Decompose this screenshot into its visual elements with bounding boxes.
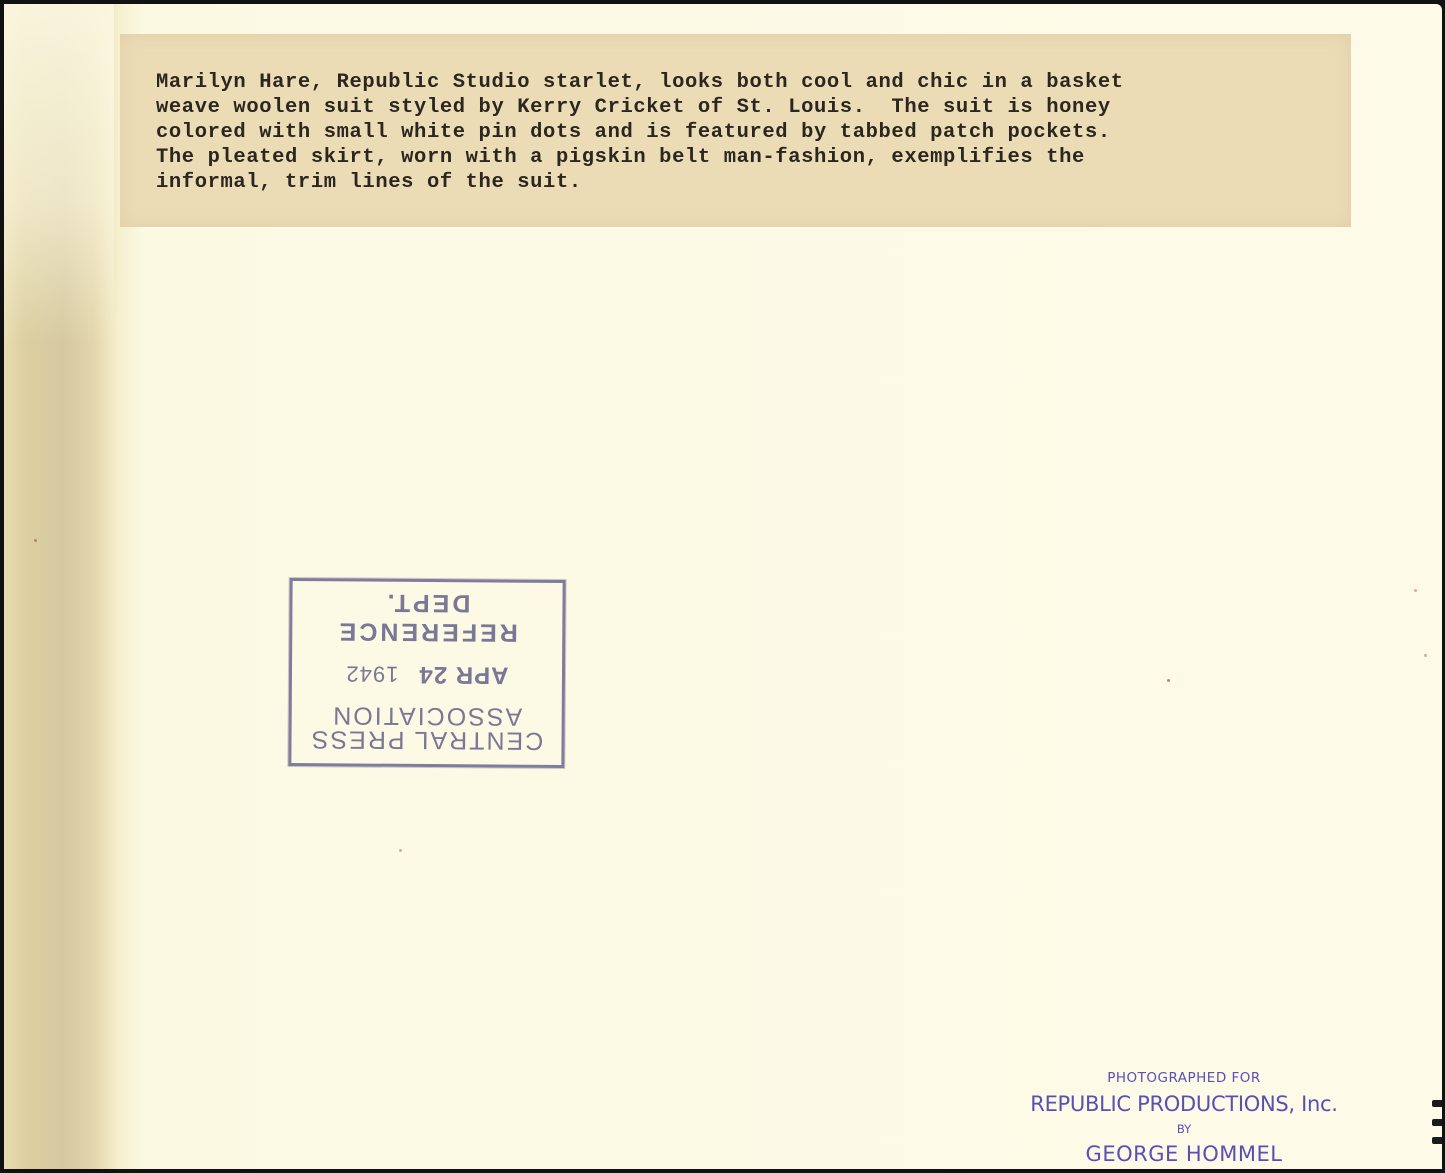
stamp-date-year: 1942 bbox=[345, 661, 398, 686]
ink-speck bbox=[399, 849, 402, 852]
stamp-dept: REFERENCE DEPT. bbox=[292, 587, 562, 647]
edge-mark bbox=[1432, 1137, 1442, 1144]
stamp-org: CENTRAL PRESS ASSOCIATION bbox=[291, 703, 561, 753]
ink-speck bbox=[1414, 589, 1417, 592]
stamp-line1: CENTRAL PRESS bbox=[291, 727, 561, 753]
caption-line: weave woolen suit styled by Kerry Cricke… bbox=[156, 95, 1336, 120]
caption-line: Marilyn Hare, Republic Studio starlet, l… bbox=[156, 70, 1336, 95]
caption-line: informal, trim lines of the suit. bbox=[156, 170, 1336, 195]
caption-slip: Marilyn Hare, Republic Studio starlet, l… bbox=[120, 34, 1351, 227]
ink-speck bbox=[1424, 654, 1427, 657]
edge-mark bbox=[1432, 1100, 1442, 1107]
credit-line1: PHOTOGRAPHED FOR bbox=[1004, 1070, 1364, 1086]
stamp-date: APR 241942 bbox=[292, 659, 562, 689]
caption-line: colored with small white pin dots and is… bbox=[156, 120, 1336, 145]
reference-dept-stamp: CENTRAL PRESS ASSOCIATION APR 241942 REF… bbox=[288, 578, 565, 768]
ink-speck bbox=[1167, 679, 1170, 682]
caption-line: The pleated skirt, worn with a pigskin b… bbox=[156, 145, 1336, 170]
credit-line4: GEORGE HOMMEL bbox=[1004, 1142, 1364, 1166]
caption-text: Marilyn Hare, Republic Studio starlet, l… bbox=[156, 70, 1336, 195]
edge-mark bbox=[1432, 1119, 1442, 1126]
stamp-line2: ASSOCIATION bbox=[292, 703, 562, 729]
ink-speck bbox=[34, 539, 37, 542]
credit-line2: REPUBLIC PRODUCTIONS, Inc. bbox=[1004, 1092, 1364, 1116]
credit-line3: BY bbox=[1004, 1122, 1364, 1136]
photographer-credit-stamp: PHOTOGRAPHED FOR REPUBLIC PRODUCTIONS, I… bbox=[1004, 1070, 1364, 1166]
photo-back-paper: Marilyn Hare, Republic Studio starlet, l… bbox=[4, 4, 1442, 1169]
stamp-date-day: APR 24 bbox=[418, 661, 508, 689]
